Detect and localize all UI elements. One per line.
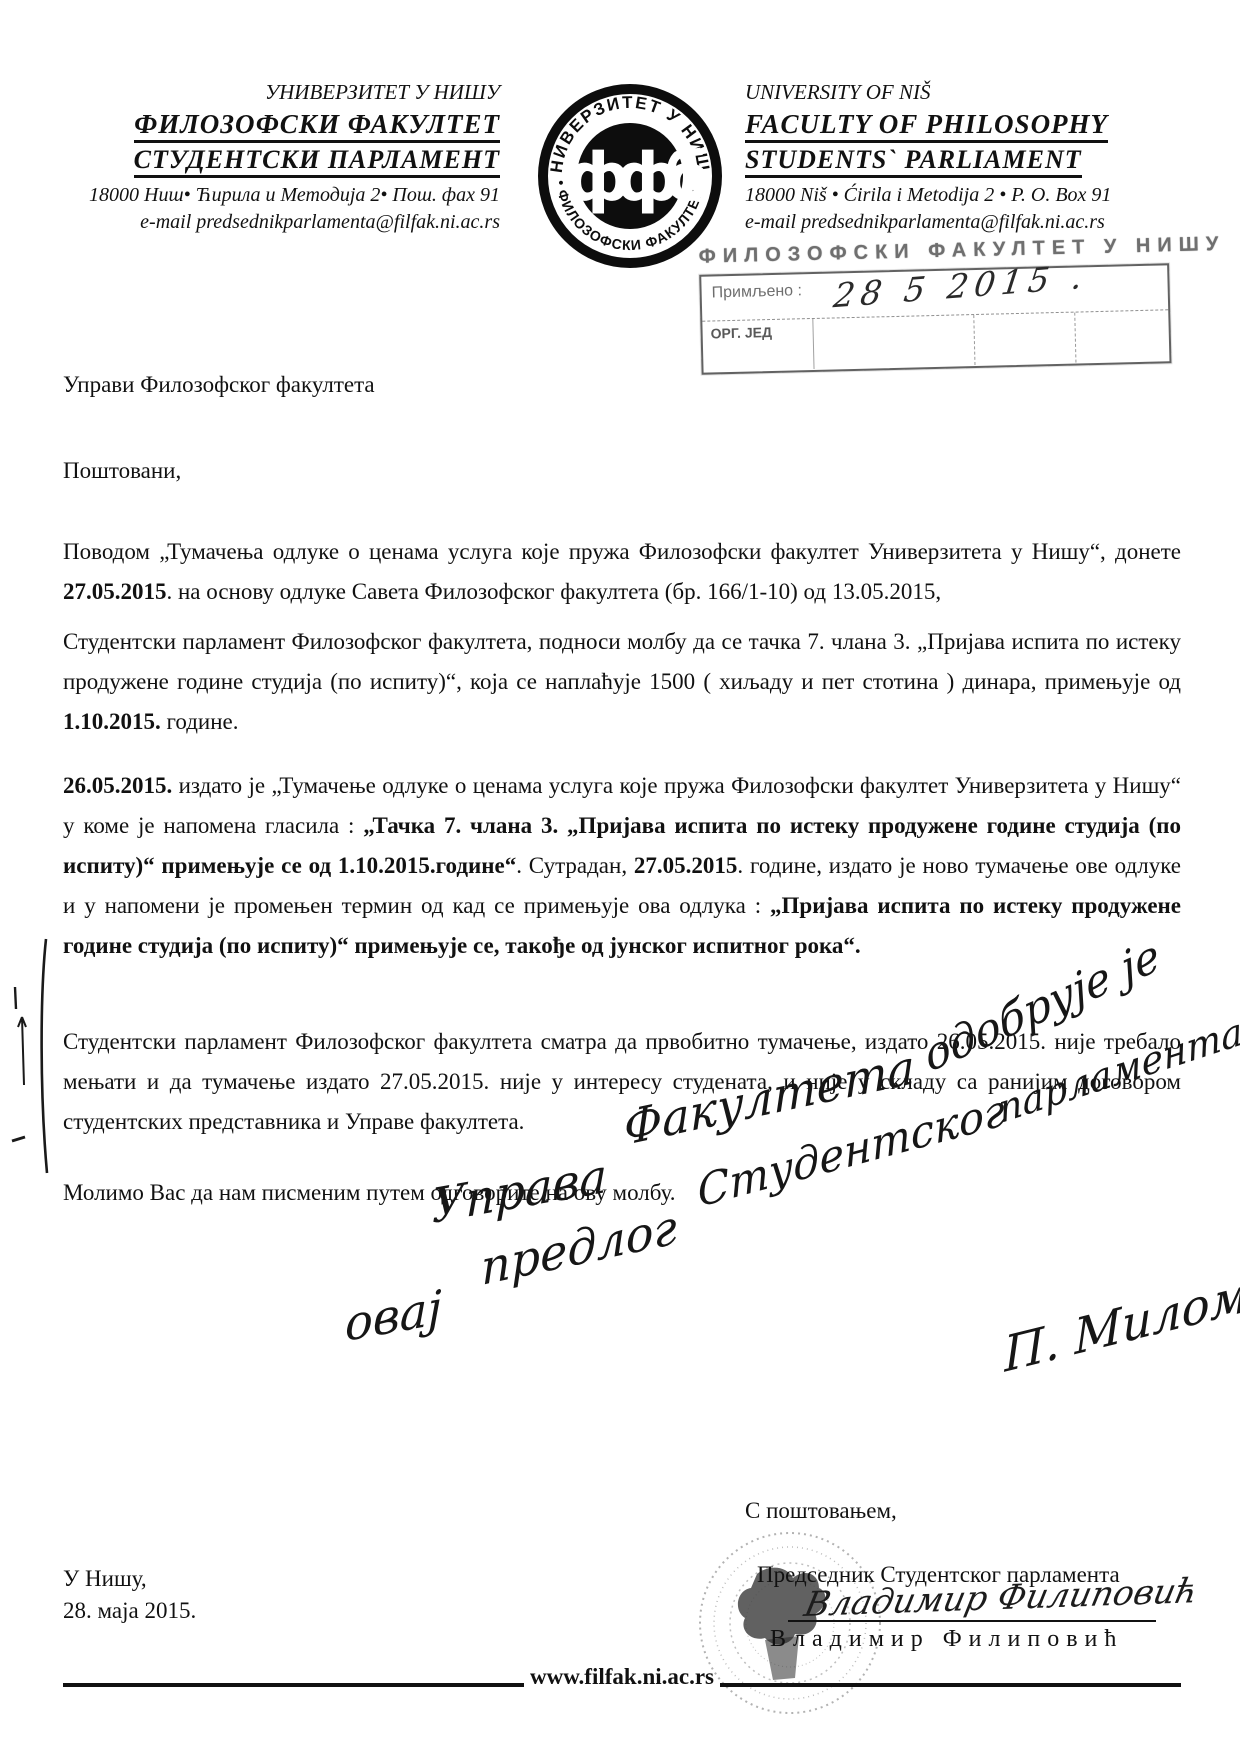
paragraph-text: Студентски парламент Филозофског факулте… (63, 629, 1181, 694)
received-label: Примљено : (701, 274, 806, 303)
handwritten-word: овај (345, 1280, 442, 1353)
footer-rule-right (720, 1683, 1181, 1687)
place-line: У Нишу, (63, 1566, 147, 1592)
address-sr: 18000 Ниш• Ћирила и Методија 2• Пош. фах… (60, 181, 500, 209)
paragraph-1: Поводом „Тумачења одлуке о ценама услуга… (63, 532, 1181, 612)
bold-date: 27.05.2015 (63, 579, 167, 604)
received-stamp-row-grid: ОРГ. ЈЕД (702, 310, 1169, 371)
salutation: Поштовани, (63, 458, 181, 484)
email-en: e-mail predsednikparlamenta@filfak.ni.ac… (745, 209, 1185, 235)
paragraph-text: Поводом „Тумачења одлуке о ценама услуга… (63, 539, 1181, 564)
closing-regards: С поштовањем, (745, 1498, 897, 1524)
paragraph-text: године. (161, 709, 239, 734)
org-unit-label: ОРГ. ЈЕД (702, 319, 814, 372)
address-en: 18000 Niš • Ćirila i Metodija 2 • P. O. … (745, 181, 1185, 209)
date-line: 28. маја 2015. (63, 1598, 196, 1624)
handwritten-signature-dean: П. Миломешћ (1003, 1241, 1240, 1384)
seal-monogram: ффб (565, 139, 708, 216)
received-date-handwritten: 28 5 2015 . (832, 256, 1091, 315)
faculty-name-sr: ФИЛОЗОФСКИ ФАКУЛТЕТ (60, 106, 500, 142)
signature-line (788, 1620, 1156, 1622)
paragraph-text: . на основу одлуке Савета Филозофског фа… (167, 579, 942, 604)
faculty-seal-icon: УНИВЕРЗИТЕТ У НИШУ • ФИЛОЗОФСКИ ФАКУЛТЕТ… (538, 84, 722, 268)
pen-marks-icon (2, 935, 62, 1180)
email-sr: e-mail predsednikparlamenta@filfak.ni.ac… (60, 209, 500, 235)
footer: www.filfak.ni.ac.rs (63, 1664, 1181, 1690)
signer-name-printed: Владимир Филиповић (770, 1626, 1123, 1653)
received-stamp-box: Примљено : 28 5 2015 . ОРГ. ЈЕД (699, 263, 1171, 374)
letter-document: УНИВЕРЗИТЕТ У НИШУ ФИЛОЗОФСКИ ФАКУЛТЕТ С… (0, 0, 1240, 1752)
paragraph-text: . Сутрадан, (516, 853, 634, 878)
received-stamp-title: ФИЛОЗОФСКИ ФАКУЛТЕТ У НИШУ (698, 234, 1168, 268)
stamp-grid-cell (813, 315, 975, 369)
paragraph-3: 26.05.2015. издато је „Тумачење одлуке о… (63, 766, 1181, 966)
faculty-seal-logo: УНИВЕРЗИТЕТ У НИШУ • ФИЛОЗОФСКИ ФАКУЛТЕТ… (538, 84, 722, 268)
parliament-name-sr: СТУДЕНТСКИ ПАРЛАМЕНТ (60, 142, 500, 178)
bold-date: 26.05.2015. (63, 773, 172, 798)
paragraph-2: Студентски парламент Филозофског факулте… (63, 622, 1181, 742)
header-right: UNIVERSITY OF NIŠ FACULTY OF PHILOSOPHY … (745, 78, 1185, 235)
bold-date: 27.05.2015 (634, 853, 738, 878)
stamp-grid-cell (1075, 310, 1169, 362)
received-stamp: ФИЛОЗОФСКИ ФАКУЛТЕТ У НИШУ Примљено : 28… (698, 234, 1171, 374)
footer-rule-left (63, 1683, 524, 1687)
header-left: УНИВЕРЗИТЕТ У НИШУ ФИЛОЗОФСКИ ФАКУЛТЕТ С… (60, 78, 500, 235)
addressee-line: Управи Филозофског факултета (63, 372, 375, 398)
bold-date: 1.10.2015. (63, 709, 161, 734)
parliament-name-en: STUDENTS` PARLIAMENT (745, 142, 1185, 178)
university-name-en: UNIVERSITY OF NIŠ (745, 78, 1185, 106)
stamp-grid-cell (974, 313, 1076, 365)
faculty-name-en: FACULTY OF PHILOSOPHY (745, 106, 1185, 142)
university-name-sr: УНИВЕРЗИТЕТ У НИШУ (60, 78, 500, 106)
margin-pen-marks (2, 935, 62, 1185)
footer-website-url: www.filfak.ni.ac.rs (524, 1664, 720, 1690)
